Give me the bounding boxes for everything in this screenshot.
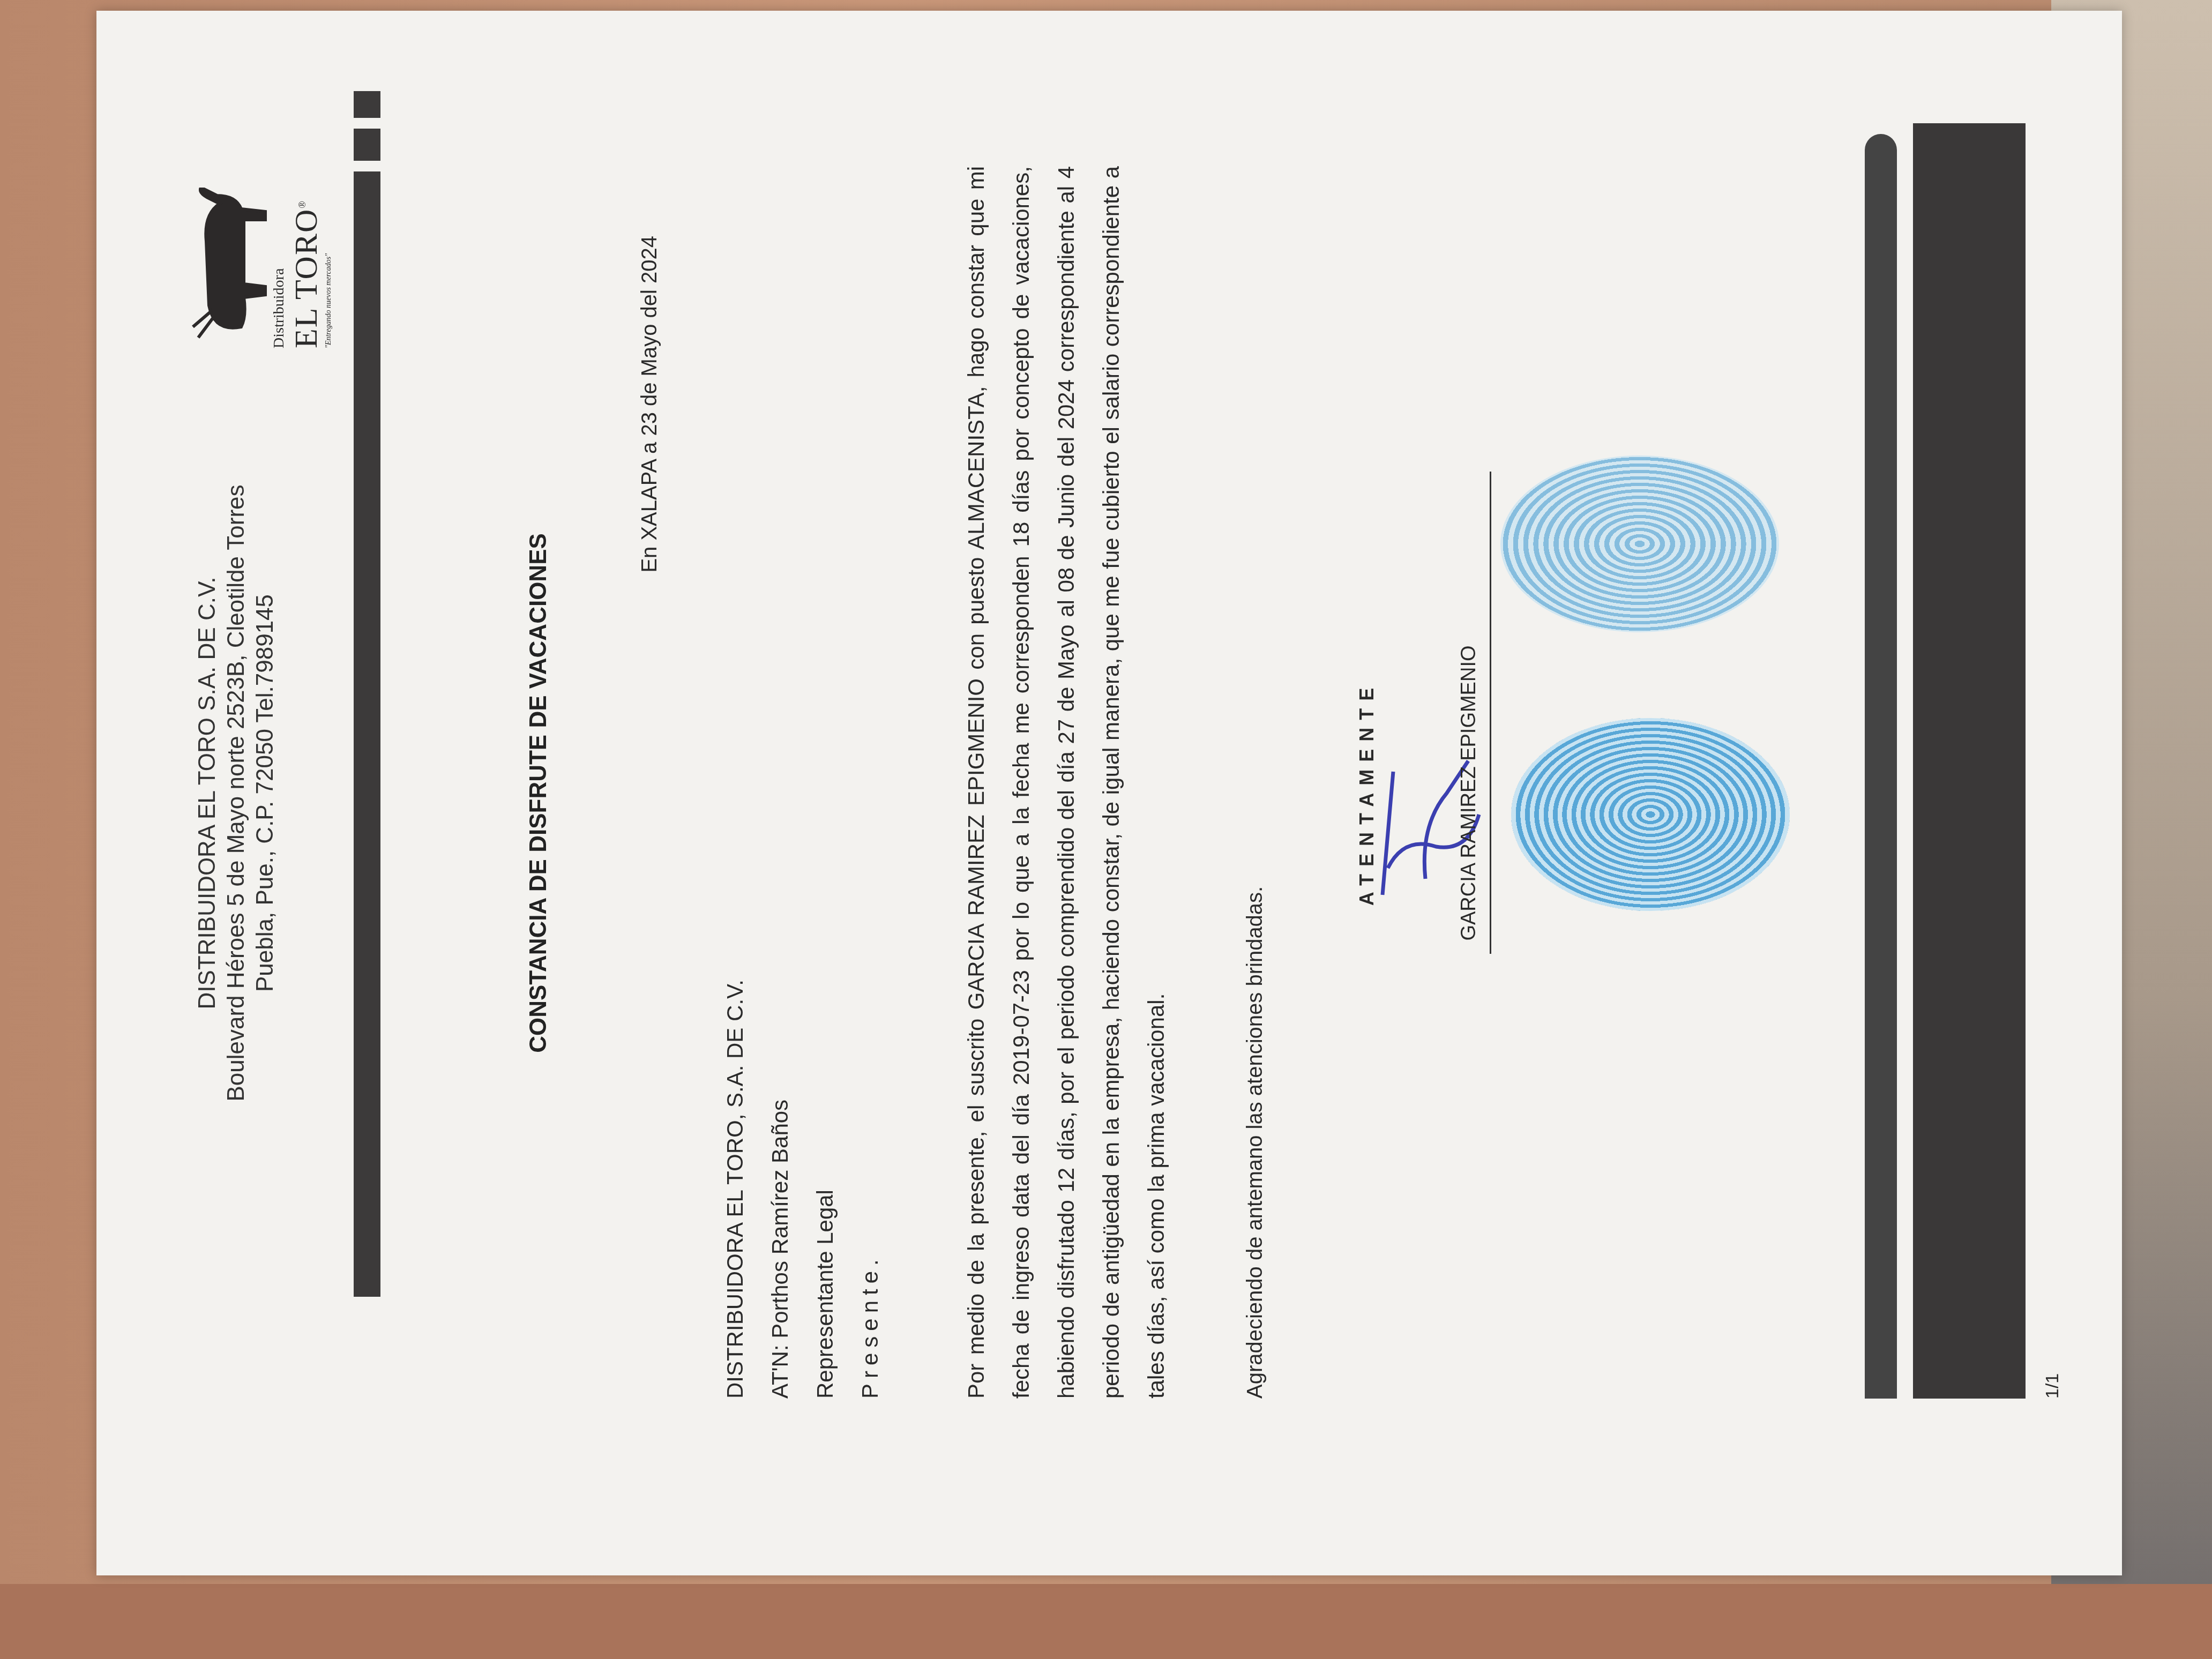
page-number: 1/1 xyxy=(2042,1373,2063,1399)
logo-brand-text: EL TORO® xyxy=(288,188,325,348)
logo-small-text: Distribuidora xyxy=(271,188,288,348)
thanks-line: Agradeciendo de antemano las atenciones … xyxy=(1243,886,1267,1399)
signer-name: GARCIA RAMIREZ EPIGMENIO xyxy=(1458,11,1481,1575)
recipient-block: DISTRIBUIDORA EL TORO, S.A. DE C.V. AT'N… xyxy=(713,980,893,1399)
header-rule-accent xyxy=(354,129,380,161)
bull-icon xyxy=(177,188,268,348)
header-rule-accent xyxy=(354,91,380,118)
recipient-role: Representante Legal xyxy=(803,980,848,1399)
company-logo: Distribuidora EL TORO® "Entregando nuevo… xyxy=(177,188,338,348)
recipient-company: DISTRIBUIDORA EL TORO, S.A. DE C.V. xyxy=(713,980,758,1399)
document-page: DISTRIBUIDORA EL TORO S.A. DE C.V. Boule… xyxy=(96,11,2122,1575)
fingerprint-icon xyxy=(1500,455,1779,632)
signature-line xyxy=(1490,472,1491,954)
fingerprint-icon xyxy=(1511,718,1790,911)
redaction-bar xyxy=(1865,134,1897,1399)
redaction-bar xyxy=(1913,123,2026,1399)
body-paragraph: Por medio de la presente, el suscrito GA… xyxy=(954,166,1179,1399)
document-photo: DISTRIBUIDORA EL TORO S.A. DE C.V. Boule… xyxy=(64,11,2154,1575)
cardboard-surface xyxy=(0,1584,2212,1659)
logo-slogan: "Entregando nuevos mercados" xyxy=(325,188,333,348)
recipient-attention: AT'N: Porthos Ramírez Baños xyxy=(758,980,803,1399)
recipient-greeting: Presente. xyxy=(848,980,893,1399)
date-line: En XALAPA a 23 de Mayo del 2024 xyxy=(638,236,662,573)
document-title: CONSTANCIA DE DISFRUTE DE VACACIONES xyxy=(525,11,552,1575)
header-rule xyxy=(354,171,380,1297)
